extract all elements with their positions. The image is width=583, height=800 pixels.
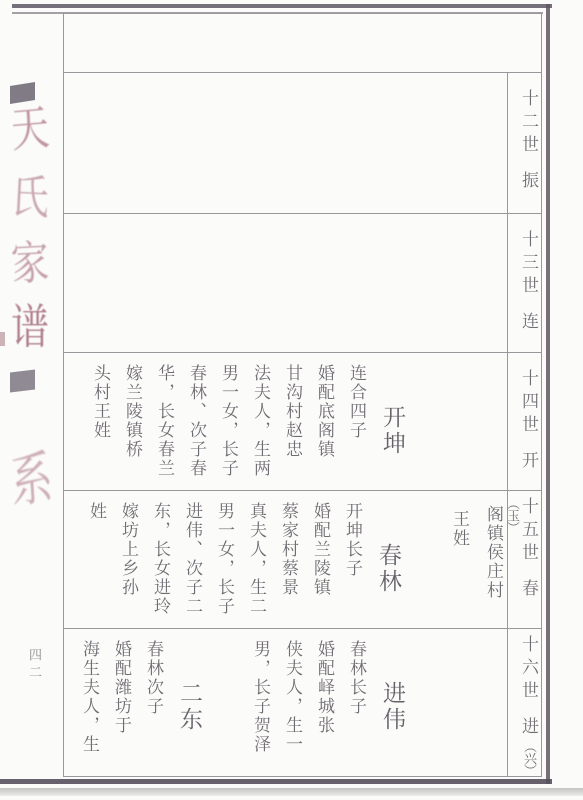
spine-section-char: 系	[9, 450, 55, 511]
generation-name-char: 振	[518, 171, 538, 194]
generation-name-char: 连	[518, 312, 538, 335]
person-name: 春林	[372, 491, 399, 595]
generation-row: 十二世振	[64, 73, 541, 214]
entries-area: 阁镇侯庄村王姓春林开坤长子婚配兰陵镇蔡家村蔡景真夫人，生二男一女，长子进伟、次子…	[64, 491, 507, 628]
generation-label: 十三世连	[507, 214, 541, 352]
generation-ordinal: 十五世	[518, 497, 538, 566]
generation-label: 十四世开	[507, 353, 541, 490]
entry-description-line: 婚配底阁镇	[312, 353, 332, 459]
generation-name-alt: （玉）	[504, 497, 519, 533]
entry-description-line: 男一女，长子	[216, 353, 236, 478]
book-spine: 天 氏 家 谱 系 四二	[0, 0, 60, 800]
entry-description-line: 华，长女春兰	[152, 353, 172, 478]
generation-name-char: 开	[518, 451, 538, 474]
spine-title-char-4: 谱	[9, 303, 51, 351]
generation-name-char: 春	[518, 579, 538, 602]
entry-description-line: 进伟、次子二	[180, 491, 200, 616]
entry-description-line: 蔡家村蔡景	[276, 491, 296, 597]
genealogy-table: 十二世振十三世连开坤连合四子婚配底阁镇甘沟村赵忠法夫人，生两男一女，长子春林、次…	[63, 13, 542, 777]
spine-title-char-1: 天	[7, 104, 53, 155]
entry-description-line: 嫁兰陵镇桥	[120, 353, 140, 459]
entry-description-line: 海生夫人，生	[77, 629, 97, 754]
entries-area: 开坤连合四子婚配底阁镇甘沟村赵忠法夫人，生两男一女，长子春林、次子春华，长女春兰…	[64, 353, 507, 490]
entry-description-line: 男一女，长子	[212, 491, 232, 616]
lineage-relation: 春林长子	[344, 629, 364, 716]
entry-description-line: 男，长子贺泽	[248, 629, 268, 754]
spine-title-char-2: 氏	[8, 173, 52, 221]
generation-row: 进伟春林长子婚配峄城张侠夫人，生一男，长子贺泽二东春林次子婚配潍坊于海生夫人，生…	[64, 629, 541, 776]
spine-bracket-bottom-icon	[10, 369, 35, 392]
entry-description-line: 甘沟村赵忠	[280, 353, 300, 459]
entry-description-line: 婚配潍坊于	[109, 629, 129, 735]
entry-description-line: 法夫人，生两	[248, 353, 268, 478]
top-band	[64, 14, 541, 73]
lineage-relation: 春林次子	[141, 629, 161, 716]
entry-continuation-line: 王姓	[447, 491, 467, 548]
generation-row: 十三世连	[64, 214, 541, 353]
entry-description-line: 姓	[84, 491, 104, 521]
entry-description-line: 侠夫人，生一	[280, 629, 300, 754]
frame-bottom-border	[0, 779, 552, 784]
person-name: 二东	[173, 629, 200, 733]
entries-area	[64, 73, 507, 213]
entry-description-line: 婚配兰陵镇	[308, 491, 328, 597]
scanned-page: 天 氏 家 谱 系 四二 十二世振十三世连开坤连合四子婚配底阁镇甘沟村赵忠法夫人…	[0, 0, 583, 800]
entry-description-line: 真夫人，生二	[244, 491, 264, 616]
generation-rows: 十二世振十三世连开坤连合四子婚配底阁镇甘沟村赵忠法夫人，生两男一女，长子春林、次…	[64, 73, 541, 776]
entry-description-line: 头村王姓	[88, 353, 108, 440]
generation-label: 十二世振	[507, 73, 541, 213]
generation-ordinal: 十六世	[518, 635, 538, 704]
person-name: 开坤	[376, 353, 403, 457]
entries-area	[64, 214, 507, 352]
entry-description-line: 东，长女进玲	[148, 491, 168, 616]
lineage-relation: 开坤长子	[340, 491, 360, 578]
frame-top-border	[12, 4, 552, 8]
scan-bottom-artifact	[0, 788, 583, 796]
generation-ordinal: 十四世	[518, 369, 538, 438]
generation-label: 十六世进（兴）	[507, 629, 541, 776]
entries-area: 进伟春林长子婚配峄城张侠夫人，生一男，长子贺泽二东春林次子婚配潍坊于海生夫人，生	[64, 629, 507, 776]
entry-description-line: 春林、次子春	[184, 353, 204, 478]
generation-name-alt: （兴）	[521, 740, 536, 776]
entry-continuation-line: 阁镇侯庄村	[481, 491, 501, 600]
generation-name-char: 进	[518, 717, 538, 740]
person-name: 进伟	[376, 629, 403, 733]
page-number: 四二	[27, 648, 40, 682]
generation-row: 阁镇侯庄村王姓春林开坤长子婚配兰陵镇蔡家村蔡景真夫人，生二男一女，长子进伟、次子…	[64, 491, 541, 629]
scan-edge-mark	[0, 332, 5, 346]
lineage-relation: 连合四子	[344, 353, 364, 440]
generation-label: 十五世春（玉）	[507, 491, 541, 628]
generation-row: 开坤连合四子婚配底阁镇甘沟村赵忠法夫人，生两男一女，长子春林、次子春华，长女春兰…	[64, 353, 541, 491]
generation-ordinal: 十三世	[518, 230, 538, 299]
frame-right-border	[546, 4, 550, 784]
spine-title-char-3: 家	[8, 239, 52, 287]
entry-description-line: 嫁坊上乡孙	[116, 491, 136, 597]
entry-description-line: 婚配峄城张	[312, 629, 332, 735]
generation-ordinal: 十二世	[518, 89, 538, 158]
